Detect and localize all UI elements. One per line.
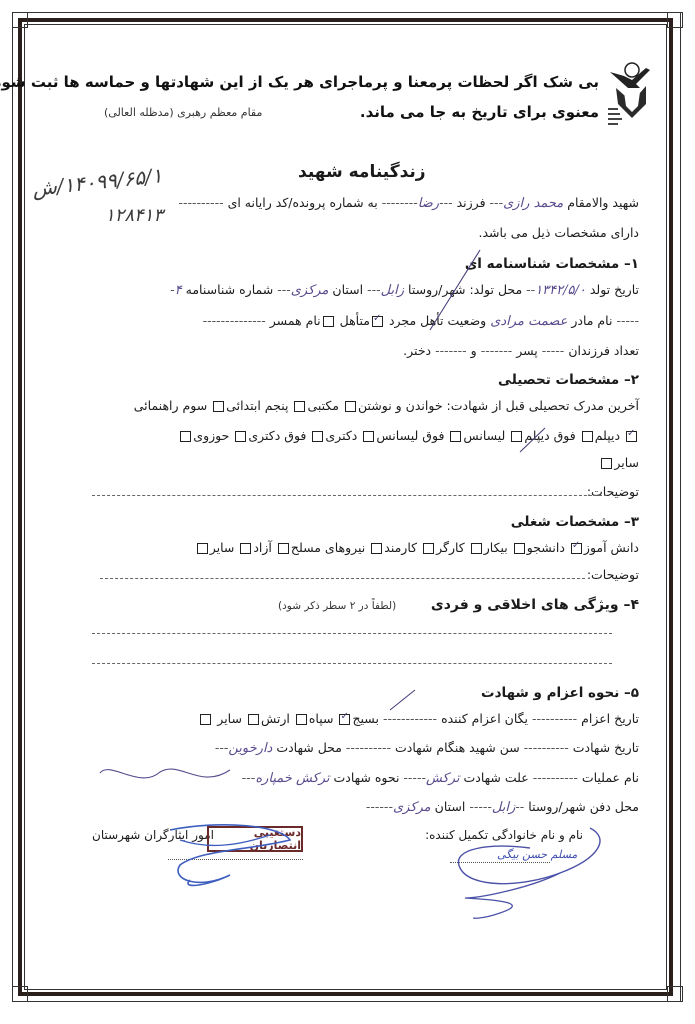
pen-annotation-strokes — [0, 0, 695, 1024]
document-page: بی شک اگر لحظات پرمعنا و پرماجرای هر یک … — [0, 0, 695, 1024]
